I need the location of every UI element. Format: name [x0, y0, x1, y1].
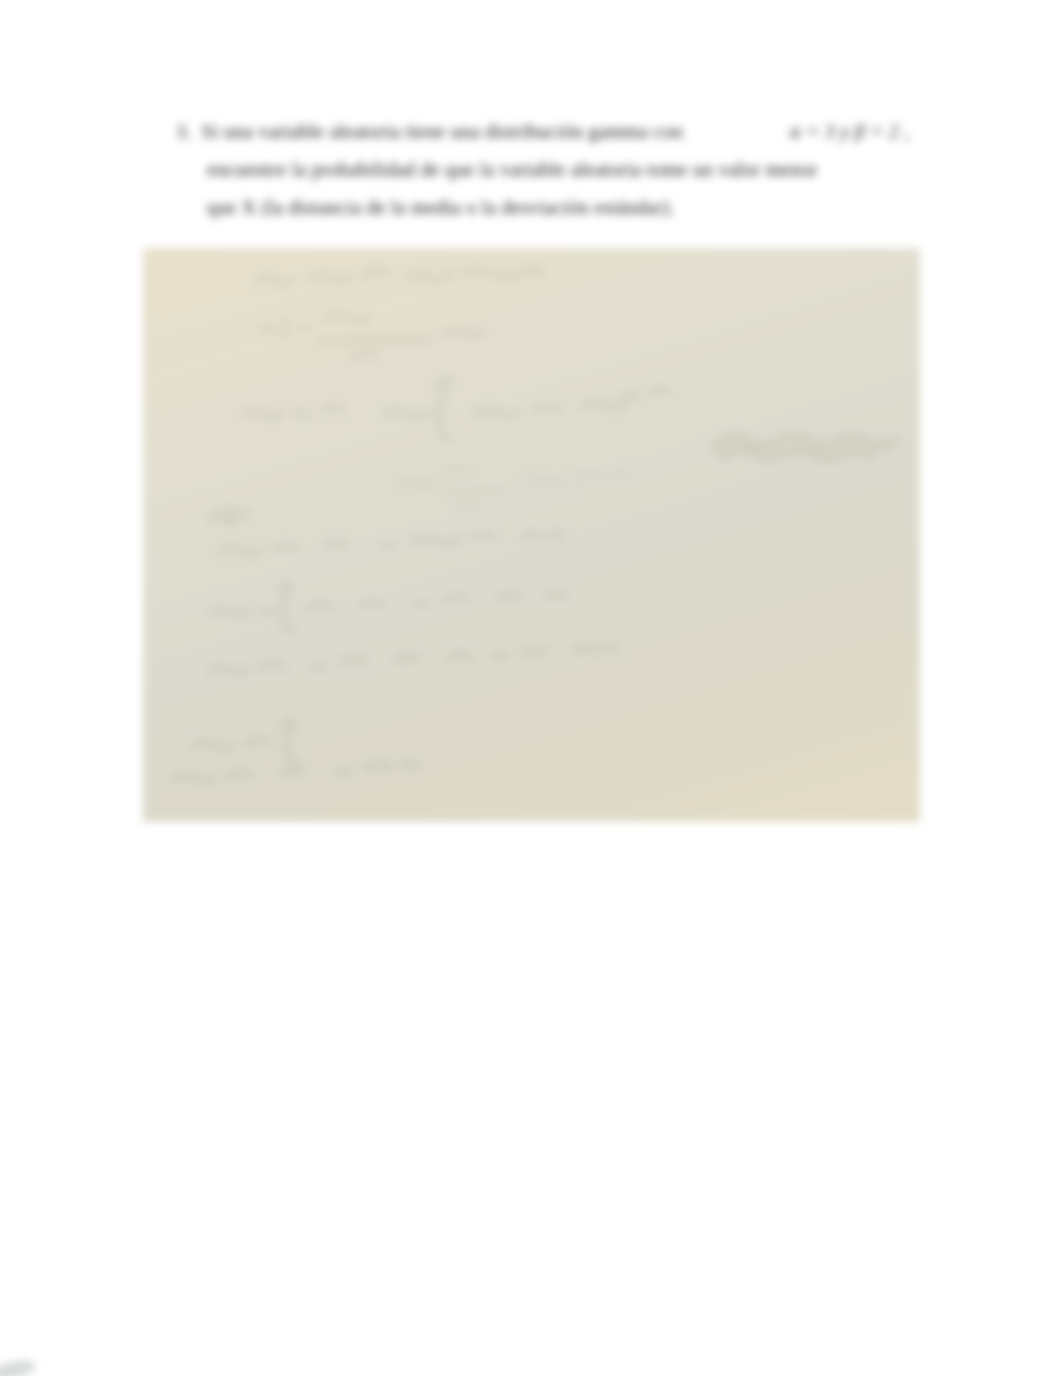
handwriting-stroke [259, 315, 484, 358]
problem-line-3: que X (la distancia de la media o la des… [207, 197, 675, 220]
handwriting-stroke [209, 648, 617, 673]
problem-formula: α = 3 y β = 2 , [790, 121, 909, 144]
handwriting-stroke [395, 470, 629, 508]
corner-smudge [0, 1357, 37, 1376]
problem-line-1-text: Si una variable aleatoria tiene una dist… [201, 121, 682, 143]
handwriting-svg [143, 248, 920, 822]
handwriting-stroke [255, 269, 543, 284]
problem-line-2: encuentre la probabilidad de que la vari… [207, 159, 818, 182]
problem-line-2-text: encuentre la probabilidad de que la vari… [207, 159, 818, 181]
handwriting-stroke [721, 449, 871, 459]
solution-photo [143, 248, 920, 822]
handwriting-stroke [209, 585, 567, 631]
problem-line-3-text: que X (la distancia de la media o la des… [207, 197, 675, 219]
handwriting-stroke [173, 765, 419, 781]
document-page: 3.Si una variable aleatoria tiene una di… [0, 0, 1062, 1376]
handwriting-stroke [220, 534, 563, 554]
problem-line-1: 3.Si una variable aleatoria tiene una di… [176, 121, 683, 144]
handwriting-stroke [715, 437, 895, 448]
problem-number: 3. [176, 121, 191, 143]
handwriting-stroke [211, 506, 249, 522]
handwriting-stroke [243, 379, 669, 438]
handwriting-stroke [193, 721, 297, 762]
blurred-content-layer: 3.Si una variable aleatoria tiene una di… [0, 0, 1062, 1376]
